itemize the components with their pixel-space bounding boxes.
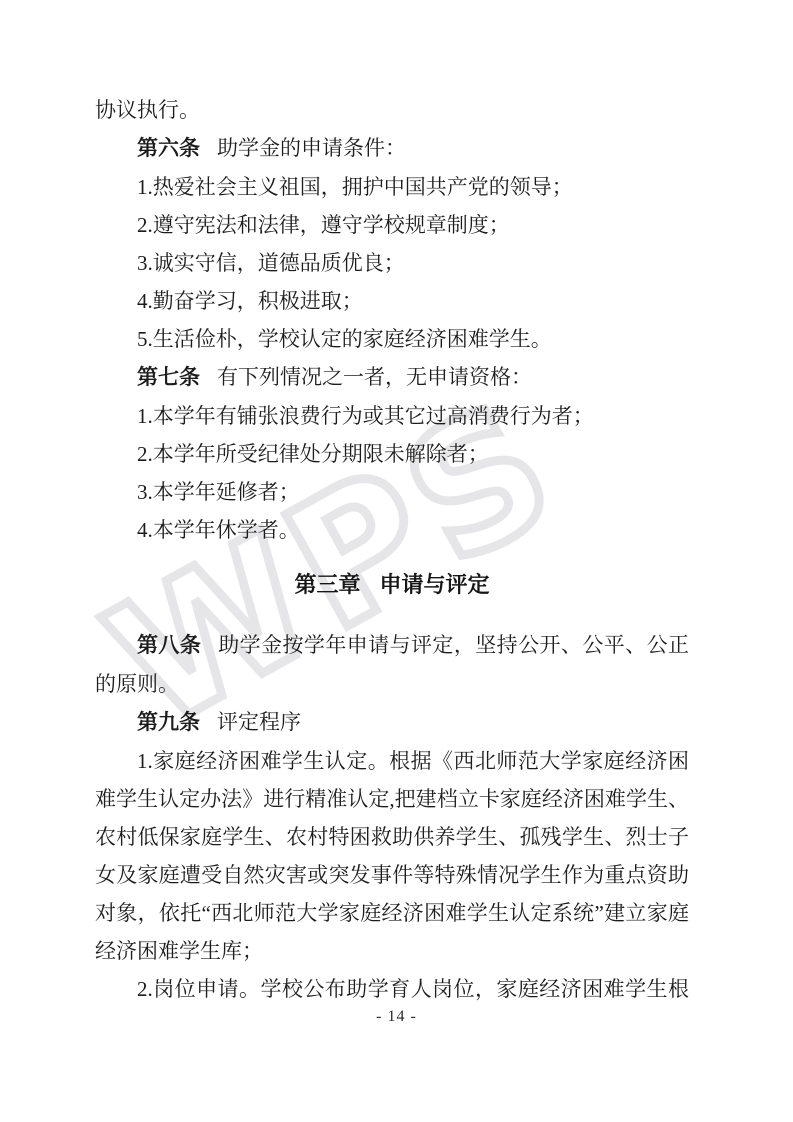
list-item: 1.热爱社会主义祖国，拥护中国共产党的领导；: [95, 168, 689, 206]
chapter-heading: 第三章申请与评定: [95, 566, 689, 604]
document-body: 协议执行。 第六条助学金的申请条件： 1.热爱社会主义祖国，拥护中国共产党的领导…: [95, 91, 689, 1008]
article-7-term: 第七条: [137, 366, 200, 389]
list-item: 4.勤奋学习，积极进取；: [95, 282, 689, 320]
list-item: 2.本学年所受纪律处分期限未解除者；: [95, 435, 689, 473]
article-7-text: 有下列情况之一者，无申请资格：: [217, 365, 532, 389]
chapter-title: 申请与评定: [380, 572, 490, 597]
article-9-text: 评定程序: [217, 710, 301, 734]
list-item: 4.本学年休学者。: [95, 511, 689, 549]
article-6-term: 第六条: [137, 137, 200, 160]
article-6-text: 助学金的申请条件：: [217, 136, 406, 160]
list-item: 3.本学年延修者；: [95, 473, 689, 511]
list-item: 1.家庭经济困难学生认定。根据《西北师范大学家庭经济困难学生认定办法》进行精准认…: [95, 742, 689, 970]
page-number: - 14 -: [0, 1006, 793, 1028]
article-6-heading: 第六条助学金的申请条件：: [95, 129, 689, 168]
document-page: WPS 协议执行。 第六条助学金的申请条件： 1.热爱社会主义祖国，拥护中国共产…: [0, 0, 793, 1122]
list-item: 2.岗位申请。学校公布助学育人岗位，家庭经济困难学生根: [95, 970, 689, 1008]
list-item: 1.本学年有铺张浪费行为或其它过高消费行为者；: [95, 397, 689, 435]
list-item: 5.生活俭朴，学校认定的家庭经济困难学生。: [95, 320, 689, 358]
article-9-term: 第九条: [137, 711, 200, 734]
list-item: 3.诚实守信，道德品质优良；: [95, 244, 689, 282]
article-9-heading: 第九条评定程序: [95, 703, 689, 742]
article-8-paragraph: 第八条助学金按学年申请与评定，坚持公开、公平、公正的原则。: [95, 626, 689, 703]
paragraph-continuation: 协议执行。: [95, 91, 689, 129]
list-item: 2.遵守宪法和法律，遵守学校规章制度；: [95, 206, 689, 244]
chapter-number: 第三章: [294, 572, 360, 597]
article-8-term: 第八条: [137, 634, 201, 657]
article-7-heading: 第七条有下列情况之一者，无申请资格：: [95, 358, 689, 397]
